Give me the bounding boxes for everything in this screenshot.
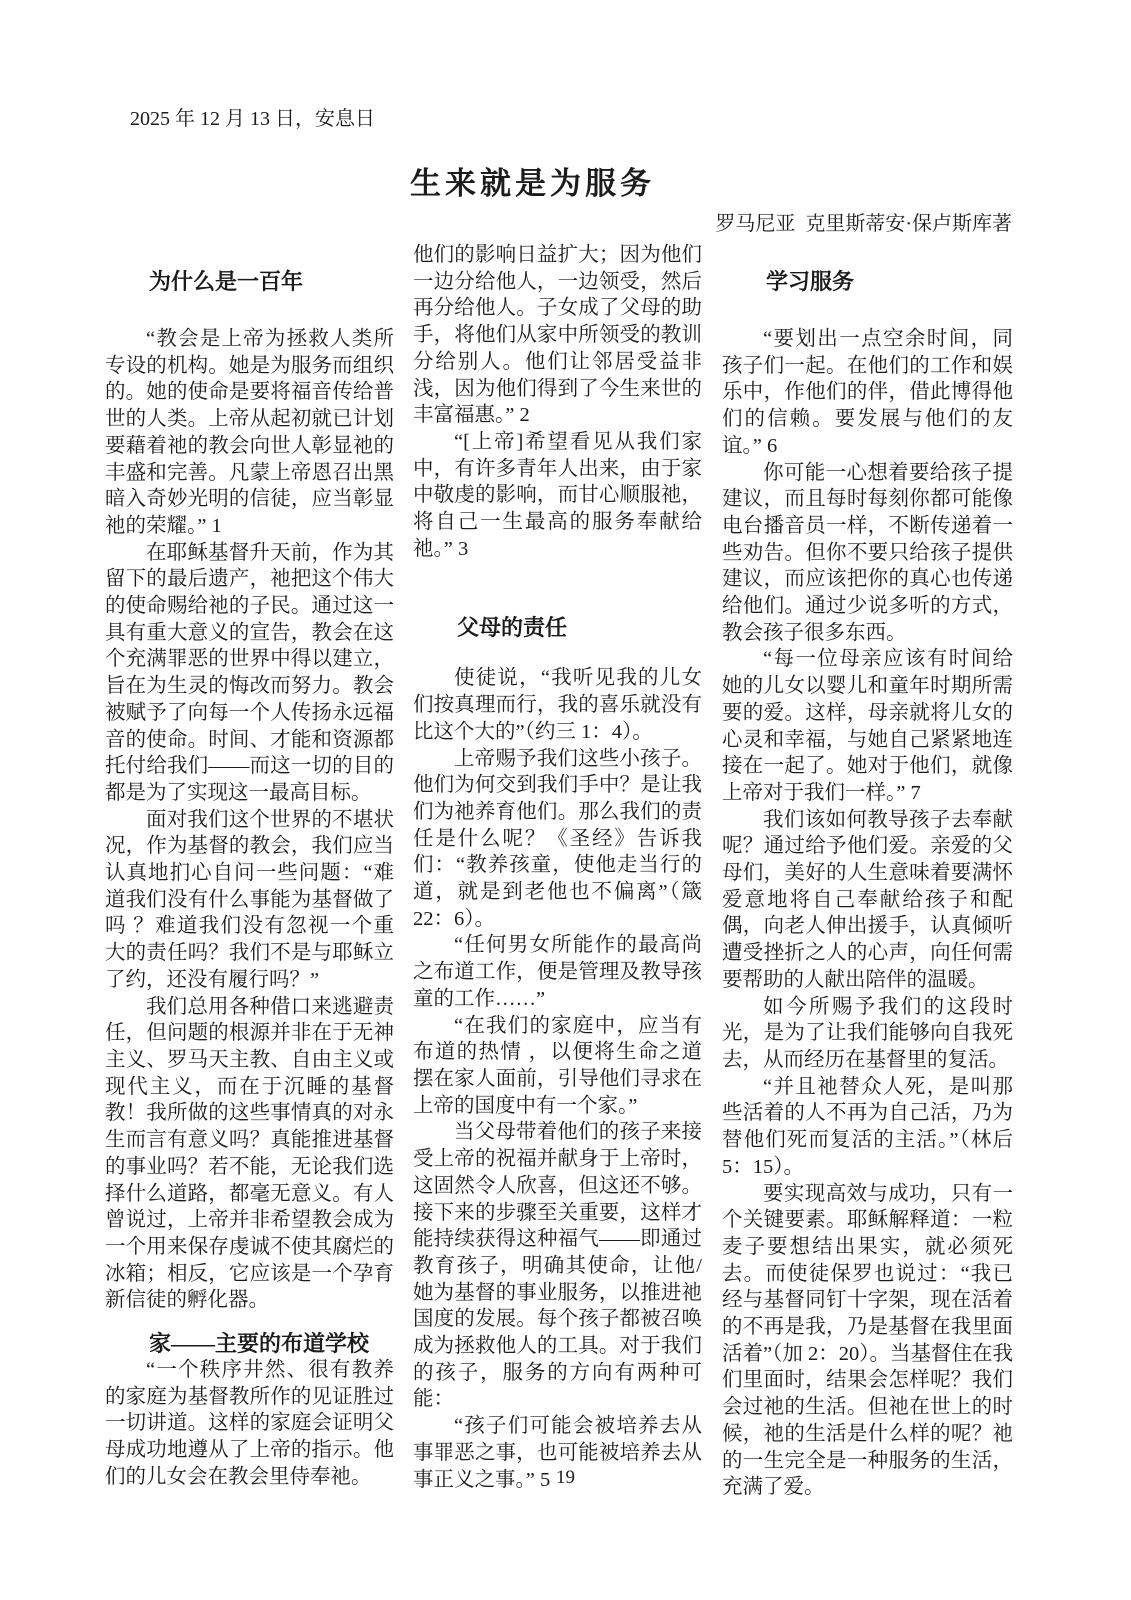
paragraph: “要划出一点空余时间，同孩子们一起。在他们的工作和娱乐中，作他们的伴，借此博得他… <box>722 326 1013 460</box>
paragraph: 如今所赐予我们的这段时光，是为了让我们能够向自我死去，从而经历在基督里的复活。 <box>722 994 1013 1074</box>
paragraph: 上帝赐予我们这些小孩子。他们为何交到我们手中？是让我们为祂养育他们。那么我们的责… <box>413 746 702 933</box>
column-middle: 他们的影响日益扩大；因为他们一边分给他人，一边领受，然后再分给他人。子女成了父母… <box>413 242 702 1493</box>
paragraph: 我们总用各种借口来逃避责任，但问题的根源并非在于无神主义、罗马天主教、自由主义或… <box>105 994 394 1314</box>
paragraph: 当父母带着他们的孩子来接受上帝的祝福并献身于上帝时，这固然令人欣喜，但这还不够。… <box>413 1119 702 1413</box>
article-title: 生来就是为服务 <box>410 166 655 202</box>
section-heading-parents-duty: 父母的责任 <box>413 614 702 641</box>
paragraph: “[上帝]希望看见从我们家中，有许多青年人出来，由于家中敬虔的影响，而甘心顺服祂… <box>413 429 702 563</box>
section-heading-why-a-hundred-years: 为什么是一百年 <box>105 268 394 295</box>
section-heading-home-mission-school: 家——主要的布道学校 <box>105 1330 394 1357</box>
paragraph: 我们该如何教导孩子去奉献呢？通过给予他们爱。亲爱的父母们，美好的人生意味着要满怀… <box>722 807 1013 994</box>
paragraph: “教会是上帝为拯救人类所专设的机构。她是为服务而组织的。她的使命是要将福音传给普… <box>105 326 394 540</box>
publication-date: 2025 年 12 月 13 日，安息日 <box>130 106 375 132</box>
paragraph: “并且祂替众人死，是叫那些活着的人不再为自己活，乃为替他们死而复活的主活。”（林… <box>722 1074 1013 1181</box>
paragraph: 要实现高效与成功，只有一个关键要素。耶稣解释道：一粒麦子要想结出果实，就必须死去… <box>722 1181 1013 1501</box>
paragraph: “每一位母亲应该有时间给她的儿女以婴儿和童年时期所需要的爱。这样，母亲就将儿女的… <box>722 646 1013 806</box>
article-byline: 罗马尼亚 克里斯蒂安·保卢斯库著 <box>413 211 1012 237</box>
paragraph: 在耶稣基督升天前，作为其留下的最后遗产，祂把这个伟大的使命赐给祂的子民。通过这一… <box>105 540 394 807</box>
paragraph: “在我们的家庭中，应当有布道的热情 ，以便将生命之道摆在家人面前，引导他们寻求在… <box>413 1013 702 1120</box>
paragraph: 面对我们这个世界的不堪状况，作为基督的教会，我们应当认真地扪心自问一些问题：“难… <box>105 807 394 994</box>
paragraph: 你可能一心想着要给孩子提建议，而且每时每刻你都可能像电台播音员一样，不断传递着一… <box>722 460 1013 647</box>
section-heading-learning-to-serve: 学习服务 <box>722 268 1013 295</box>
paragraph: 他们的影响日益扩大；因为他们一边分给他人，一边领受，然后再分给他人。子女成了父母… <box>413 242 702 429</box>
page-number: 19 <box>0 1466 1131 1490</box>
column-right: 学习服务 “要划出一点空余时间，同孩子们一起。在他们的工作和娱乐中，作他们的伴，… <box>722 242 1013 1501</box>
document-page: 2025 年 12 月 13 日，安息日 生来就是为服务 罗马尼亚 克里斯蒂安·… <box>0 0 1131 1600</box>
paragraph: 使徒说，“我听见我的儿女们按真理而行，我的喜乐就没有比这个大的”（约三 1：4）… <box>413 665 702 745</box>
paragraph: “任何男女所能作的最高尚之布道工作，便是管理及教导孩童的工作……” <box>413 932 702 1012</box>
column-left: 为什么是一百年 “教会是上帝为拯救人类所专设的机构。她是为服务而组织的。她的使命… <box>105 242 394 1491</box>
